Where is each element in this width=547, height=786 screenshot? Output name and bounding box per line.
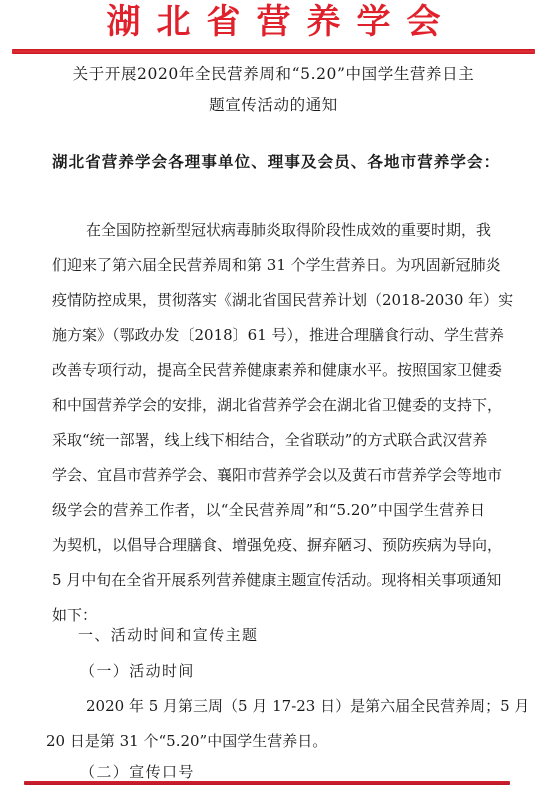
notice-title-line-1: 关于开展2020年全民营养周和“5.20”中国学生营养日主 bbox=[0, 64, 547, 84]
body-line: 和中国营养学会的安排，湖北省营养学会在湖北省卫健委的支持下， bbox=[52, 395, 485, 415]
body-line: 施方案》（鄂政办发〔2018〕61 号），推进合理膳食行动、学生营养 bbox=[52, 325, 485, 345]
document-page: 湖北省营养学会 关于开展2020年全民营养周和“5.20”中国学生营养日主 题宣… bbox=[0, 0, 547, 786]
footer-red-rule bbox=[24, 781, 510, 785]
masthead-red-rule bbox=[12, 49, 535, 54]
body-line: 为契机，以倡导合理膳食、增强免疫、摒弃陋习、预防疾病为导向， bbox=[52, 535, 485, 555]
notice-title-line-2: 题宣传活动的通知 bbox=[0, 95, 547, 115]
body-line: 2020 年 5 月第三周（5 月 17-23 日）是第六届全民营养周；5 月 bbox=[86, 696, 485, 716]
body-line: 学会、宜昌市营养学会、襄阳市营养学会以及黄石市营养学会等地市 bbox=[52, 465, 485, 485]
body-line: 采取“统一部署，线上线下相结合，全省联动”的方式联合武汉营养 bbox=[52, 430, 485, 450]
salutation: 湖北省营养学会各理事单位、理事及会员、各地市营养学会： bbox=[52, 152, 500, 172]
body-line: 改善专项行动，提高全民营养健康素养和健康水平。按照国家卫健委 bbox=[52, 360, 485, 380]
body-line: 在全国防控新型冠状病毒肺炎取得阶段性成效的重要时期，我 bbox=[86, 220, 485, 240]
body-line: 如下： bbox=[52, 605, 485, 625]
masthead-org-name: 湖北省营养学会 bbox=[0, 2, 547, 42]
body-line: 20 日是第 31 个“5.20”中国学生营养日。 bbox=[46, 731, 479, 751]
body-line: 疫情防控成果，贯彻落实《湖北省国民营养计划（2018-2030 年）实 bbox=[52, 290, 485, 310]
subsection-heading: （一）活动时间 bbox=[80, 661, 195, 681]
body-line: 级学会的营养工作者，以“全民营养周”和“5.20”中国学生营养日 bbox=[52, 500, 485, 520]
subsection-heading: （二）宣传口号 bbox=[80, 762, 195, 782]
section-heading: 一、活动时间和宣传主题 bbox=[78, 625, 258, 645]
body-line: 们迎来了第六届全民营养周和第 31 个学生营养日。为巩固新冠肺炎 bbox=[52, 255, 485, 275]
body-line: 5 月中旬在全省开展系列营养健康主题宣传活动。现将相关事项通知 bbox=[52, 570, 485, 590]
